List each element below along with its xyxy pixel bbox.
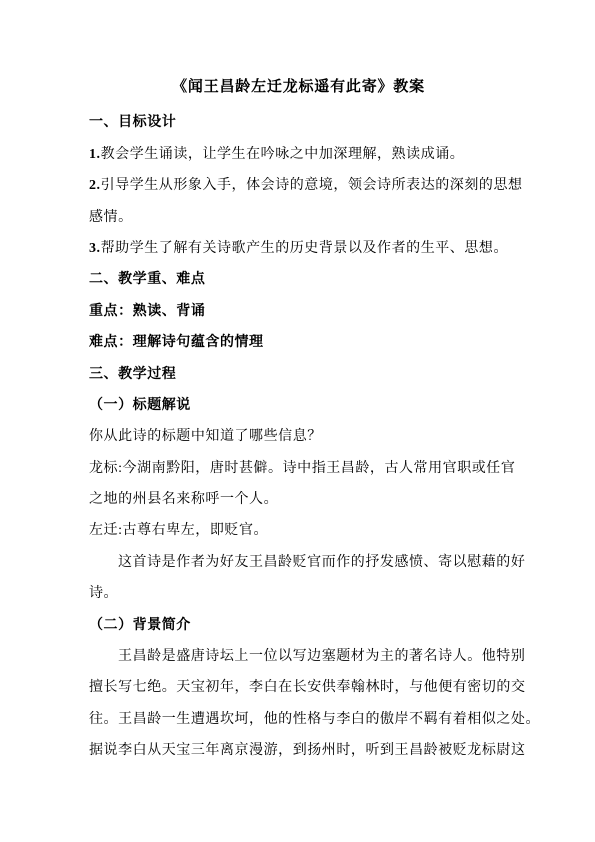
list-number: 3.	[89, 241, 101, 256]
text-line: 这首诗是作者为好友王昌龄贬官而作的抒发感愤、寄以慰藉的好	[89, 547, 508, 578]
document-content: 《闻王昌龄左迁龙标遥有此寄》教案 一、目标设计 1.教会学生诵读，让学生在吟咏之…	[89, 72, 508, 767]
text-line-body: 引导学生从形象入手，体会诗的意境，领会诗所表达的深刻的思想	[101, 178, 523, 193]
text-line: 2.引导学生从形象入手，体会诗的意境，领会诗所表达的深刻的思想	[89, 170, 508, 201]
text-line-body: 帮助学生了解有关诗歌产生的历史背景以及作者的生平、思想。	[101, 241, 508, 256]
text-line: 左迁:古尊右卑左，即贬官。	[89, 515, 508, 546]
key-point-line: 重点：熟读、背诵	[89, 296, 508, 327]
text-line: 你从此诗的标题中知道了哪些信息？	[89, 421, 508, 452]
difficult-point-line: 难点：理解诗句蕴含的情理	[89, 327, 508, 358]
text-line: 感情。	[89, 202, 508, 233]
text-line-body: 教会学生诵读，让学生在吟咏之中加深理解，熟读成诵。	[101, 147, 465, 162]
text-line: 据说李白从天宝三年离京漫游，到扬州时，听到王昌龄被贬龙标尉这	[89, 735, 508, 766]
text-line: 龙标:今湖南黔阳，唐时甚僻。诗中指王昌龄，古人常用官职或任官	[89, 453, 508, 484]
text-line: 往。王昌龄一生遭遇坎坷，他的性格与李白的傲岸不羁有着相似之处。	[89, 704, 508, 735]
text-line: 1.教会学生诵读，让学生在吟咏之中加深理解，熟读成诵。	[89, 139, 508, 170]
subsection-heading-title-explanation: （一）标题解说	[89, 390, 508, 421]
document-title: 《闻王昌龄左迁龙标遥有此寄》教案	[89, 72, 508, 103]
document-page: 《闻王昌龄左迁龙标遥有此寄》教案 一、目标设计 1.教会学生诵读，让学生在吟咏之…	[0, 0, 595, 842]
text-line: 之地的州县名来称呼一个人。	[89, 484, 508, 515]
text-line: 诗。	[89, 578, 508, 609]
section-heading-process: 三、教学过程	[89, 359, 508, 390]
subsection-heading-background: （二）背景简介	[89, 610, 508, 641]
section-heading-key-points: 二、教学重、难点	[89, 264, 508, 295]
text-line: 擅长写七绝。天宝初年，李白在长安供奉翰林时，与他便有密切的交	[89, 672, 508, 703]
text-line: 王昌龄是盛唐诗坛上一位以写边塞题材为主的著名诗人。他特别	[89, 641, 508, 672]
list-number: 2.	[89, 178, 101, 193]
text-line: 3.帮助学生了解有关诗歌产生的历史背景以及作者的生平、思想。	[89, 233, 508, 264]
list-number: 1.	[89, 147, 101, 162]
section-heading-goals: 一、目标设计	[89, 107, 508, 138]
